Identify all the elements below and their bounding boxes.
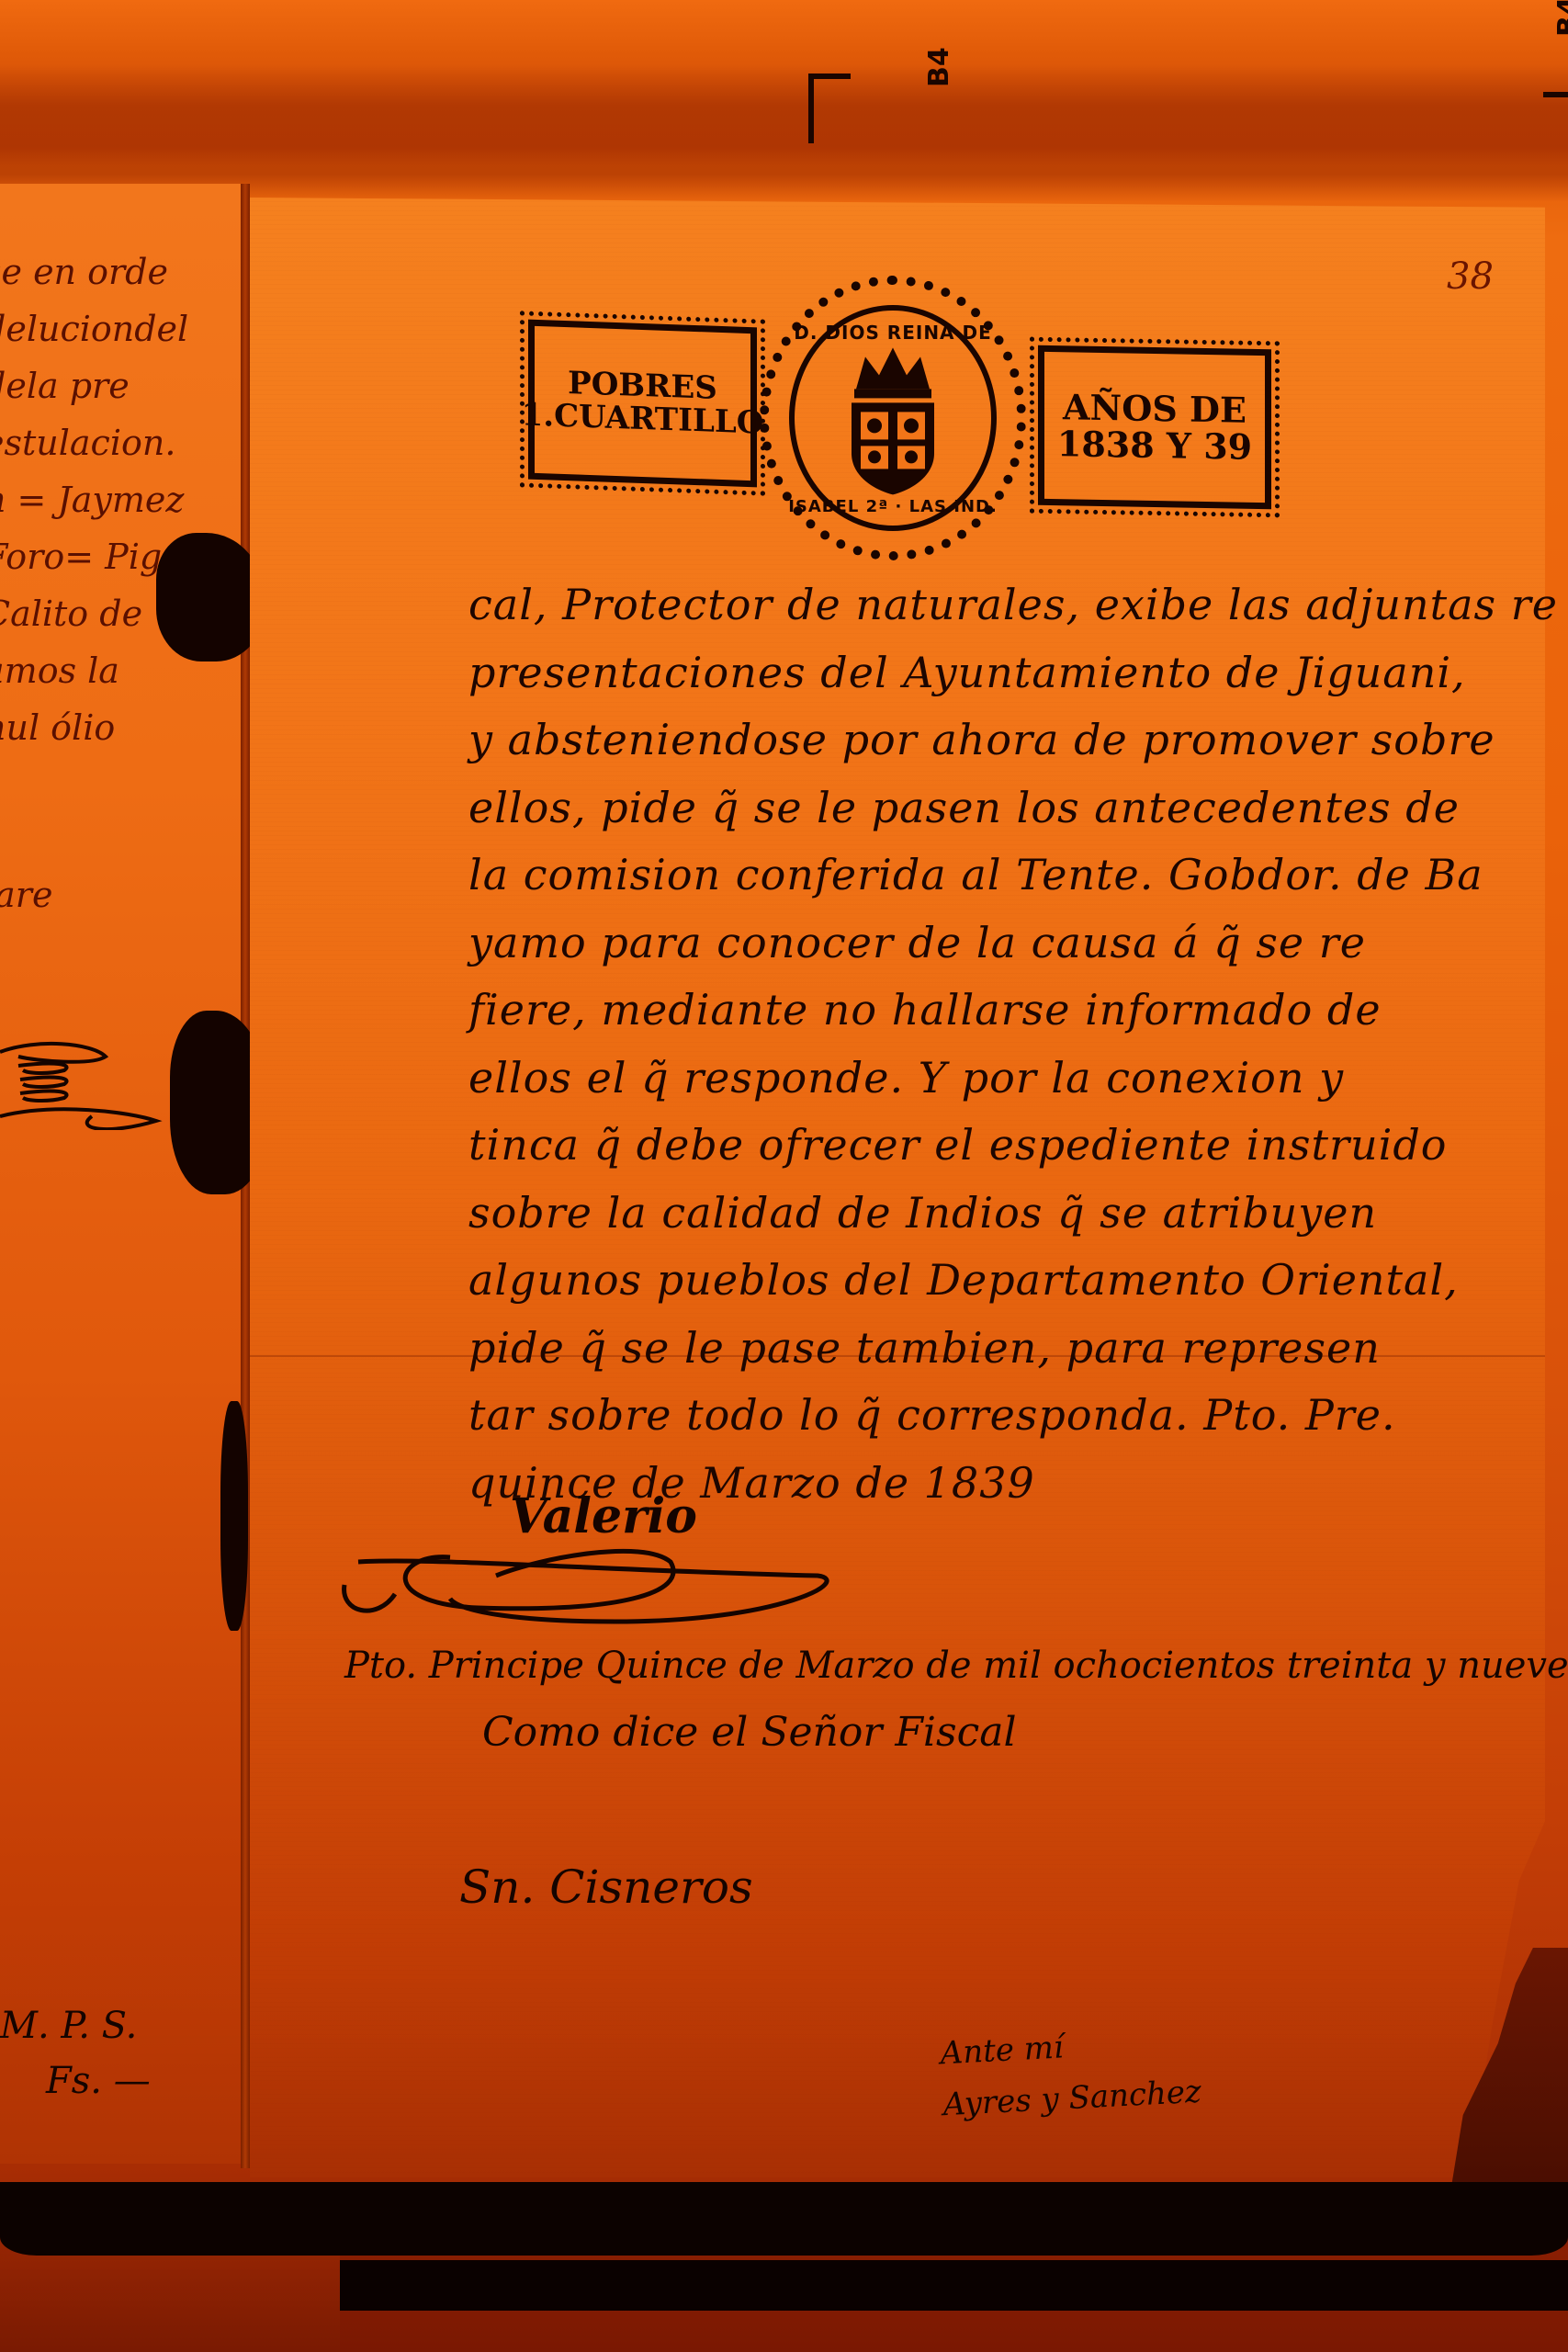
decree-line: Como dice el Señor Fiscal	[482, 1709, 1017, 1756]
text-line: tar sobre todo lo q̃ corresponda. Pto. P…	[468, 1382, 1552, 1450]
clerk-signature: Ante mí Ayres y Sanchez	[939, 2015, 1202, 2131]
text-line: la comision conferida al Tente. Gobdor. …	[468, 842, 1552, 910]
left-line: dela pre	[0, 357, 243, 414]
stamp-left-box: POBRES 1.CUARTILLO	[528, 320, 757, 488]
left-line: nul ólio	[0, 699, 243, 756]
text-line: cal, Protector de naturales, exibe las a…	[468, 571, 1552, 639]
crop-mark-top-right	[1543, 92, 1568, 97]
official-signature: Sn. Cisneros	[459, 1860, 753, 1914]
bottom-shadow-band	[340, 2260, 1568, 2311]
left-flourish-signature	[0, 965, 165, 1130]
text-line: yamo para conocer de la causa á q̃ se re	[468, 910, 1552, 978]
folio-number: 38	[1447, 255, 1494, 298]
crop-label: B4	[1552, 0, 1568, 37]
bottom-shadow	[0, 2182, 1568, 2256]
seal-legend-bottom: ISABEL 2ª · LAS IND.	[769, 497, 1017, 516]
left-line-fragment: lare	[0, 866, 243, 923]
text-line: fiere, mediante no hallarse informado de	[468, 977, 1552, 1045]
text-line: sobre la calidad de Indios q̃ se atribuy…	[468, 1180, 1552, 1248]
document-photograph: B4 B4 B4 se en orde deluciondel dela pre…	[0, 0, 1568, 2352]
signature-flourish	[340, 1521, 836, 1640]
text-line: y absteniendose por ahora de promover so…	[468, 707, 1552, 775]
left-line: n = Jaymez	[0, 471, 243, 528]
handwritten-body: cal, Protector de naturales, exibe las a…	[468, 571, 1552, 1517]
ink-blot	[220, 1401, 248, 1631]
text-line: ellos el q̃ responde. Y por la conexion …	[468, 1045, 1552, 1113]
royal-seal: D. DIOS REINA DE	[760, 276, 1026, 560]
tax-stamp: POBRES 1.CUARTILLO D. DIOS REINA DE	[519, 276, 1272, 570]
left-line: deluciondel	[0, 300, 243, 357]
crown-shield-icon	[838, 343, 948, 499]
left-page-note: M. P. S. Fs. —	[0, 1998, 151, 2109]
text-line: algunos pueblos del Departamento Orienta…	[468, 1247, 1552, 1315]
seal-legend-top: D. DIOS REINA DE	[769, 322, 1017, 344]
stamp-right-box: AÑOS DE 1838 Y 39	[1038, 345, 1271, 509]
left-line: estulacion.	[0, 414, 243, 471]
text-line: presentaciones del Ayuntamiento de Jigua…	[468, 639, 1552, 707]
decree-line: Pto. Principe Quince de Marzo de mil och…	[344, 1645, 1568, 1687]
crop-mark-top-left	[808, 73, 851, 143]
left-line: se en orde	[0, 243, 243, 300]
text-line: pide q̃ se le pase tambien, para represe…	[468, 1315, 1552, 1383]
crop-label: B4	[923, 47, 955, 87]
text-line: tinca q̃ debe ofrecer el espediente inst…	[468, 1112, 1552, 1180]
top-shadow	[0, 64, 1568, 202]
text-line: ellos, pide q̃ se le pasen los anteceden…	[468, 775, 1552, 842]
